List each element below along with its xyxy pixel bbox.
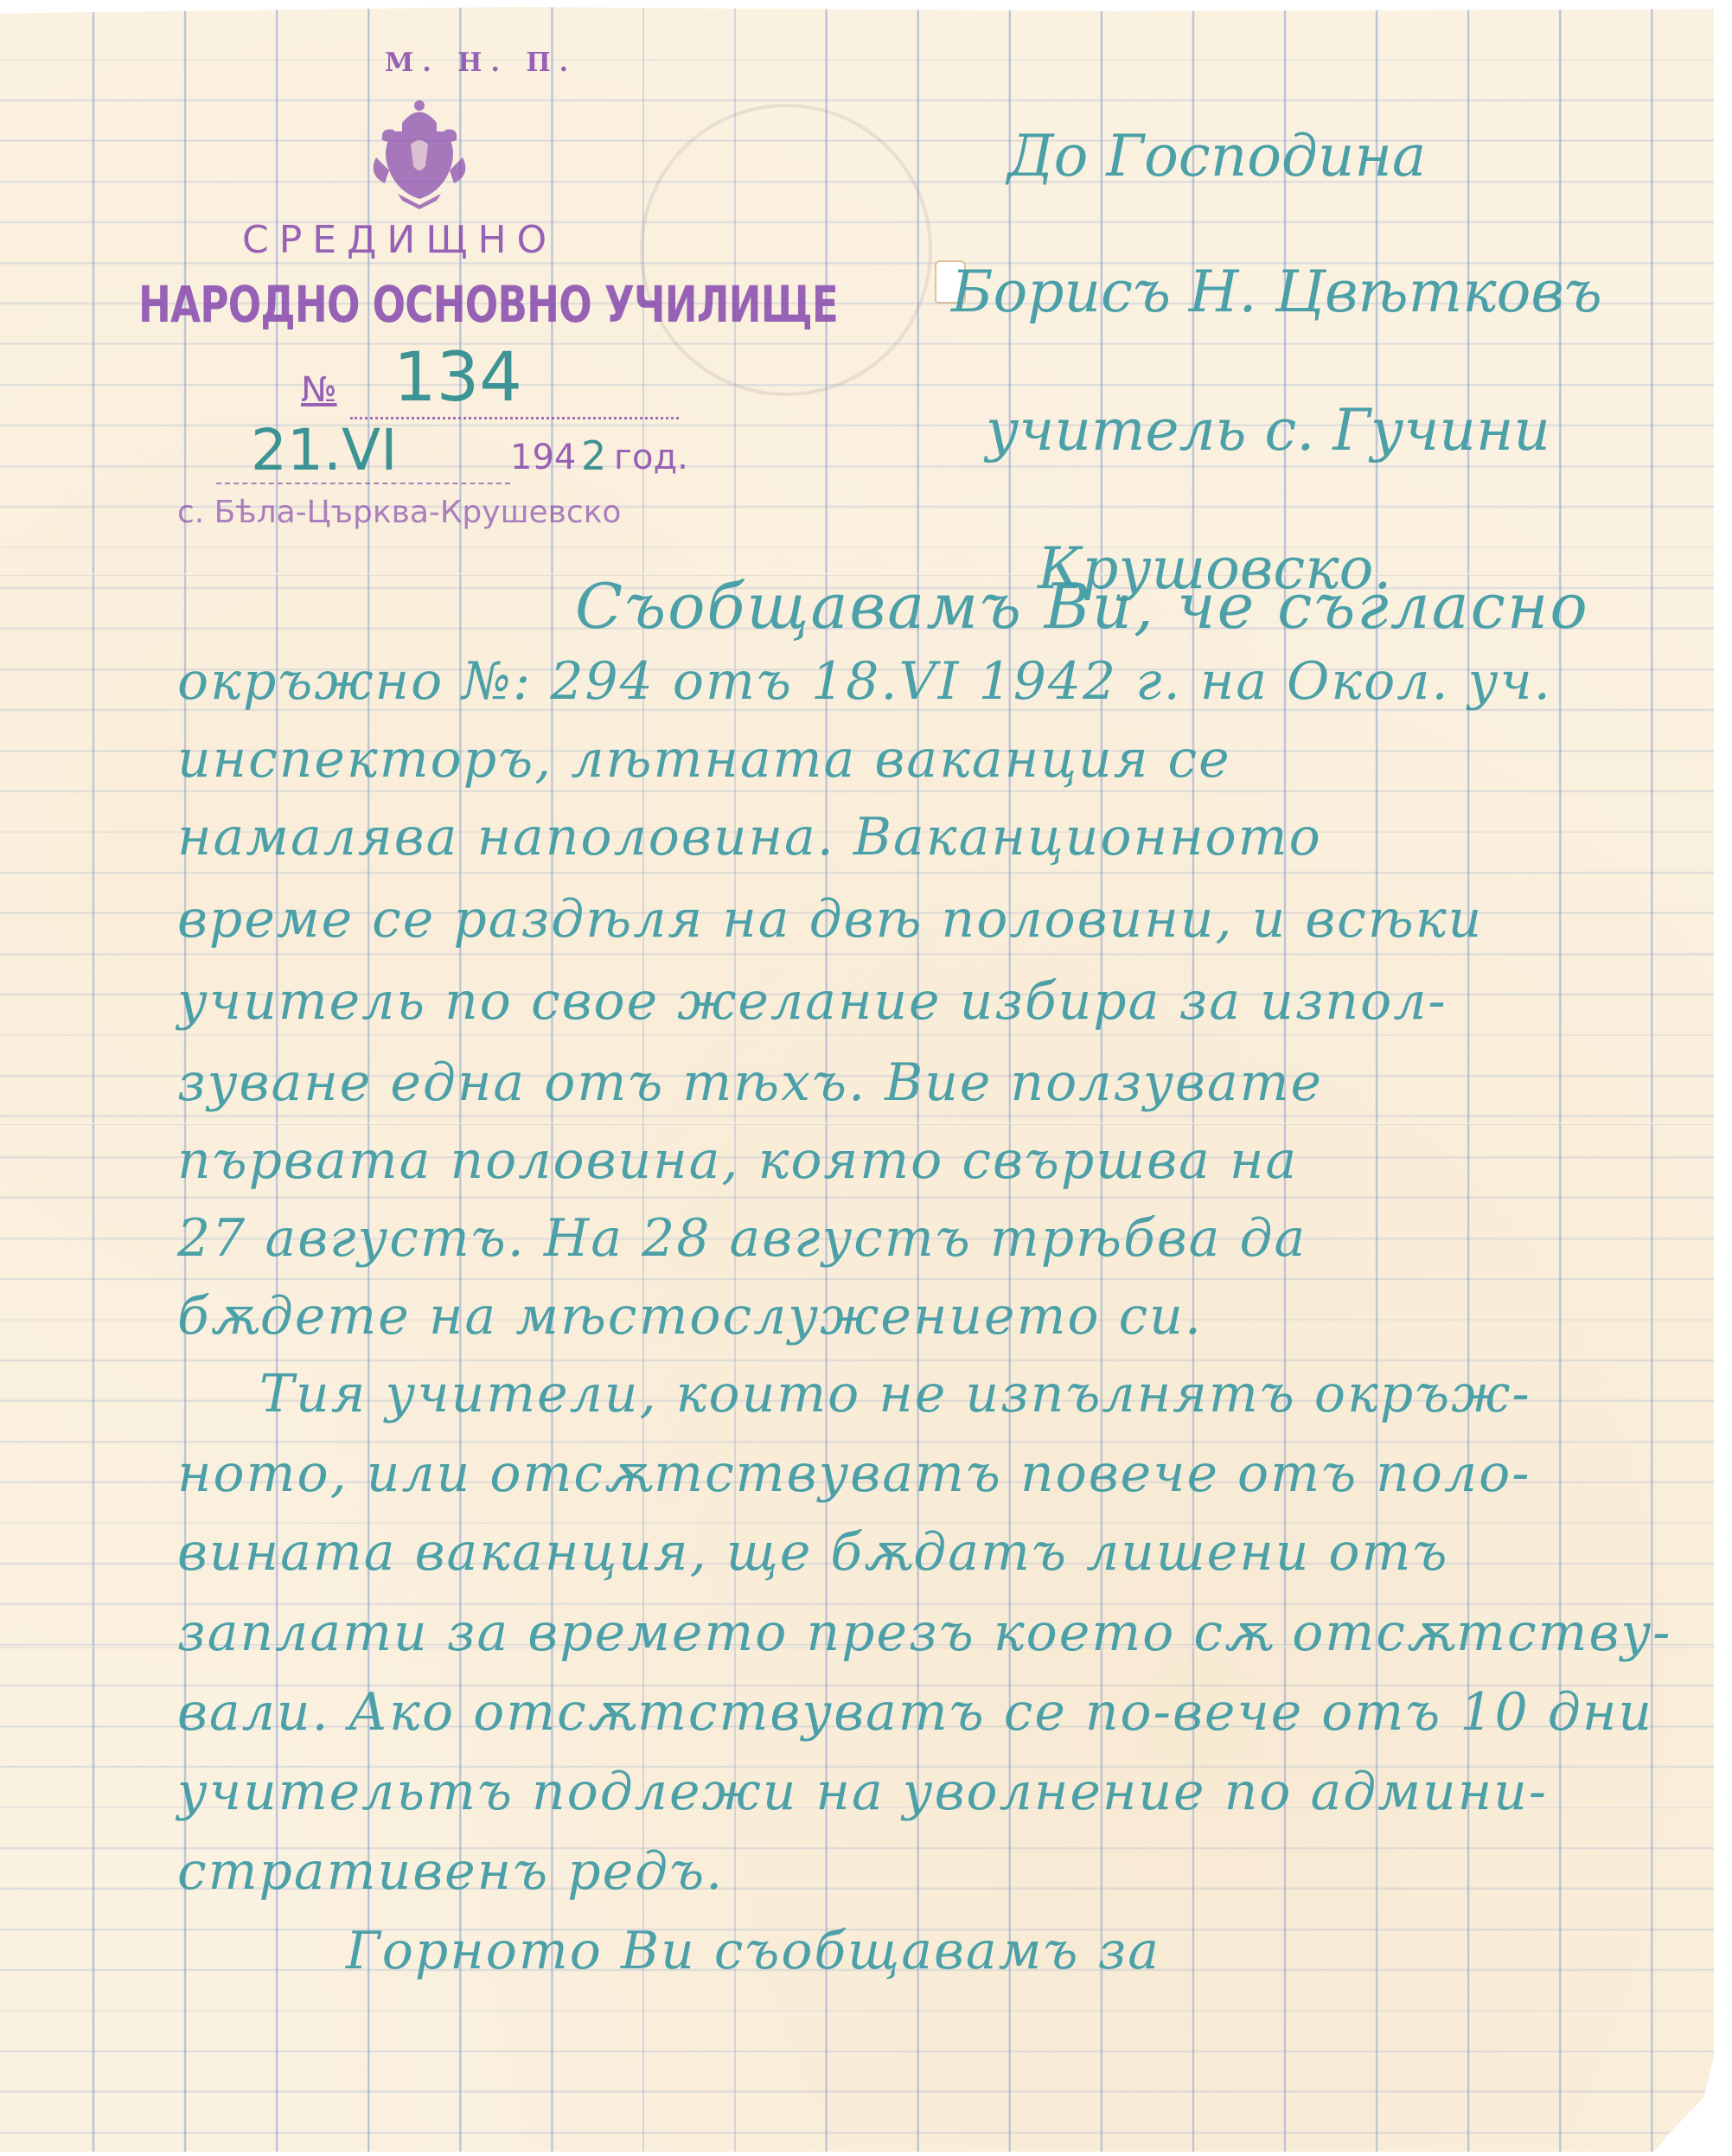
body-line: зуване една отъ тѣхъ. Вие ползувате bbox=[177, 1057, 1323, 1109]
body-line: време се раздѣля на двѣ половини, и всѣк… bbox=[177, 893, 1483, 945]
faded-round-seal bbox=[640, 104, 932, 396]
school-name-line2: НАРОДНО ОСНОВНО УЧИЛИЩЕ bbox=[138, 275, 698, 334]
body-line: Тия учители, които не изпълнятъ окръж- bbox=[259, 1368, 1531, 1420]
body-line: ното, или отсѫтствуватъ повече отъ поло- bbox=[177, 1448, 1531, 1500]
body-line: окръжно №: 294 отъ 18.VI 1942 г. на Окол… bbox=[177, 656, 1552, 707]
addressee-line: Борисъ Н. Цвѣтковъ bbox=[951, 264, 1602, 321]
school-name-line1: СРЕДИЩНО bbox=[242, 218, 557, 262]
body-line: намалява наполовина. Ваканционното bbox=[177, 811, 1322, 863]
body-line: учительтъ подлежи на уволнение по админи… bbox=[177, 1766, 1548, 1818]
fold-crease bbox=[0, 1123, 1714, 1125]
addressee-line: До Господина bbox=[1007, 128, 1426, 185]
crest-icon bbox=[363, 97, 476, 209]
body-line: учитель по свое желание избира за изпол- bbox=[177, 976, 1448, 1027]
reference-number: 134 bbox=[393, 344, 522, 412]
year-last-digit: 2 bbox=[581, 436, 606, 476]
body-line: вината ваканция, ще бѫдатъ лишени отъ bbox=[177, 1526, 1448, 1578]
year-suffix: год. bbox=[614, 438, 688, 477]
body-line: Съобщавамъ Ви, че съгласно bbox=[575, 575, 1589, 637]
body-line: 27 августъ. На 28 августъ трѣбва да bbox=[177, 1212, 1307, 1264]
body-line: стративенъ редъ. bbox=[177, 1846, 724, 1897]
ministry-abbreviation: М. Н. П. bbox=[385, 48, 577, 78]
number-underline bbox=[350, 417, 679, 419]
body-line: инспекторъ, лѣтната ваканция се bbox=[177, 733, 1231, 785]
body-line: Горното Ви съобщавамъ за bbox=[346, 1925, 1160, 1977]
body-line: заплати за времето презъ което сѫ отсѫтс… bbox=[177, 1607, 1671, 1659]
year-printed: 194 bbox=[510, 438, 576, 477]
addressee-line: учитель с. Гучини bbox=[986, 402, 1550, 459]
body-line: първата половина, която свършва на bbox=[177, 1135, 1298, 1187]
village-name: с. Бѣла-Църква-Крушевско bbox=[177, 495, 621, 530]
body-line: бѫдете на мѣстослужението си. bbox=[177, 1290, 1203, 1342]
number-label: № bbox=[301, 370, 337, 410]
date-value: 21.VI bbox=[251, 422, 398, 479]
body-line: вали. Ако отсѫтствуватъ се по-вече отъ 1… bbox=[177, 1686, 1653, 1738]
